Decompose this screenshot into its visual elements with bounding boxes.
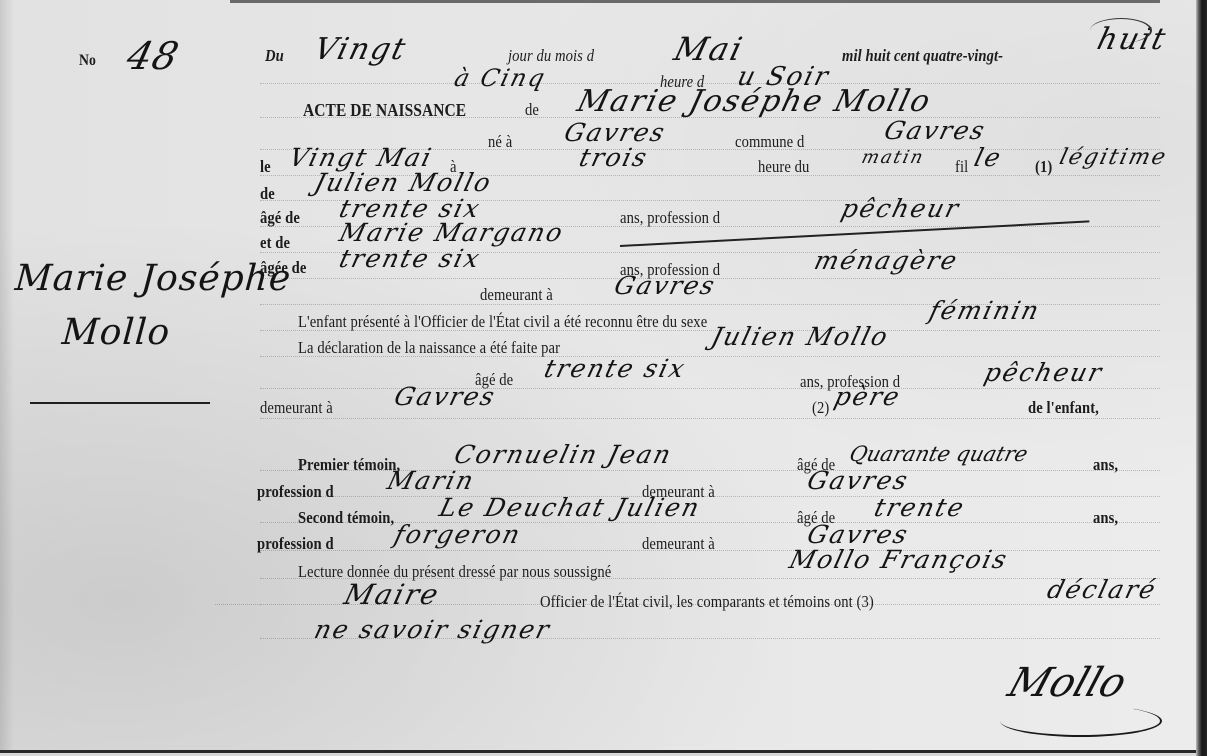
witness-1-profession-label: profession d: [257, 482, 334, 502]
act-title: ACTE DE NAISSANCE: [303, 100, 466, 121]
declarant-demeurant-label: demeurant à: [260, 398, 333, 418]
ruled-line: [260, 522, 1160, 523]
witness-1-name: Cornuelin Jean: [451, 440, 675, 469]
mother-et-de-label: et de: [260, 233, 290, 253]
declarant-intro: La déclaration de la naissance a été fai…: [298, 338, 560, 358]
witness-1-residence: Gavres: [804, 466, 912, 495]
declarant-age: trente six: [541, 354, 689, 383]
margin-child-name-line2: Mollo: [61, 312, 172, 353]
fil-label: fil: [955, 157, 968, 177]
witness-2-demeurant-label: demeurant à: [642, 534, 715, 554]
signature-flourish: [1000, 705, 1162, 737]
du-label: Du: [265, 46, 284, 66]
witness-2-name: Le Deuchat Julien: [436, 493, 704, 522]
birth-hour: trois: [576, 143, 651, 172]
le-label: le: [260, 157, 271, 177]
scan-right-edge: [1196, 0, 1207, 756]
hour-handwritten: à Cinq: [452, 64, 550, 92]
ruled-line: [260, 388, 1160, 389]
officer-title: Maire: [341, 578, 444, 611]
declarant-residence: Gavres: [391, 382, 499, 411]
father-de-label: de: [260, 184, 275, 204]
commune-value: Gavres: [881, 116, 989, 145]
father-name: Julien Mollo: [311, 168, 495, 197]
witness-2-label: Second témoin,: [298, 508, 394, 528]
declarant-name: Julien Mollo: [708, 322, 892, 351]
witness-1-label: Premier témoin,: [298, 455, 400, 475]
declaration-continued: ne savoir signer: [311, 615, 554, 644]
child-name: Marie Joséphe Mollo: [574, 84, 936, 119]
mother-age: trente six: [336, 244, 484, 273]
witness-1-ans-label: ans,: [1093, 455, 1118, 475]
witness-1-profession: Marin: [384, 466, 478, 495]
sex-value: féminin: [926, 296, 1043, 325]
birth-certificate-page: No 48 Du Vingt jour du mois d Mai mil hu…: [0, 0, 1196, 753]
sex-statement: L'enfant présenté à l'Officier de l'État…: [298, 312, 707, 332]
witness-2-age: trente: [871, 493, 968, 522]
fil-suffix: le: [971, 143, 1005, 172]
officer-signature: Mollo: [1003, 660, 1133, 706]
flourish: [1090, 18, 1152, 43]
note-1: (1): [1035, 157, 1052, 177]
commune-label: commune d: [735, 132, 804, 152]
note-2: (2): [812, 398, 829, 418]
witness-1-age: Quarante quatre: [847, 442, 1030, 466]
page-top-edge: [230, 0, 1160, 3]
father-age-label: âgé de: [260, 208, 300, 228]
officer-name: Mollo François: [786, 545, 1011, 574]
father-profession-label: ans, profession d: [620, 208, 720, 228]
officer-text: Officier de l'État civil, les comparants…: [540, 592, 874, 612]
margin-child-name-line1: Marie Joséphe: [14, 258, 293, 299]
mother-name: Marie Margano: [336, 218, 567, 247]
number-label: No: [79, 52, 96, 70]
year-printed: mil huit cent quatre-vingt-: [842, 46, 1003, 66]
ruled-line: [215, 604, 260, 605]
ruled-line: [260, 418, 1160, 419]
act-number: 48: [123, 34, 184, 78]
declarant-profession: pêcheur: [981, 358, 1106, 387]
birth-period: matin: [859, 147, 927, 168]
month-handwritten: Mai: [670, 30, 748, 68]
residence-label: demeurant à: [480, 285, 553, 305]
act-de-label: de: [525, 100, 539, 120]
declarant-relation: père: [831, 382, 904, 411]
de-lenfant-label: de l'enfant,: [1028, 398, 1099, 418]
day-handwritten: Vingt: [311, 32, 411, 67]
witness-2-profession-label: profession d: [257, 534, 334, 554]
ne-a-label: né à: [488, 132, 512, 152]
heure-du-label: heure du: [758, 157, 809, 177]
declaration: déclaré: [1044, 575, 1160, 604]
residence-place: Gavres: [611, 271, 719, 300]
father-profession: pêcheur: [838, 194, 963, 223]
witness-2-profession: forgeron: [391, 520, 524, 549]
lecture-text: Lecture donnée du présent dressé par nou…: [298, 562, 611, 582]
margin-divider: [30, 402, 210, 404]
legitimacy: légitime: [1057, 145, 1170, 170]
jour-du-mois-label: jour du mois d: [508, 46, 594, 66]
mother-profession: ménagère: [811, 246, 961, 275]
witness-2-ans-label: ans,: [1093, 508, 1118, 528]
